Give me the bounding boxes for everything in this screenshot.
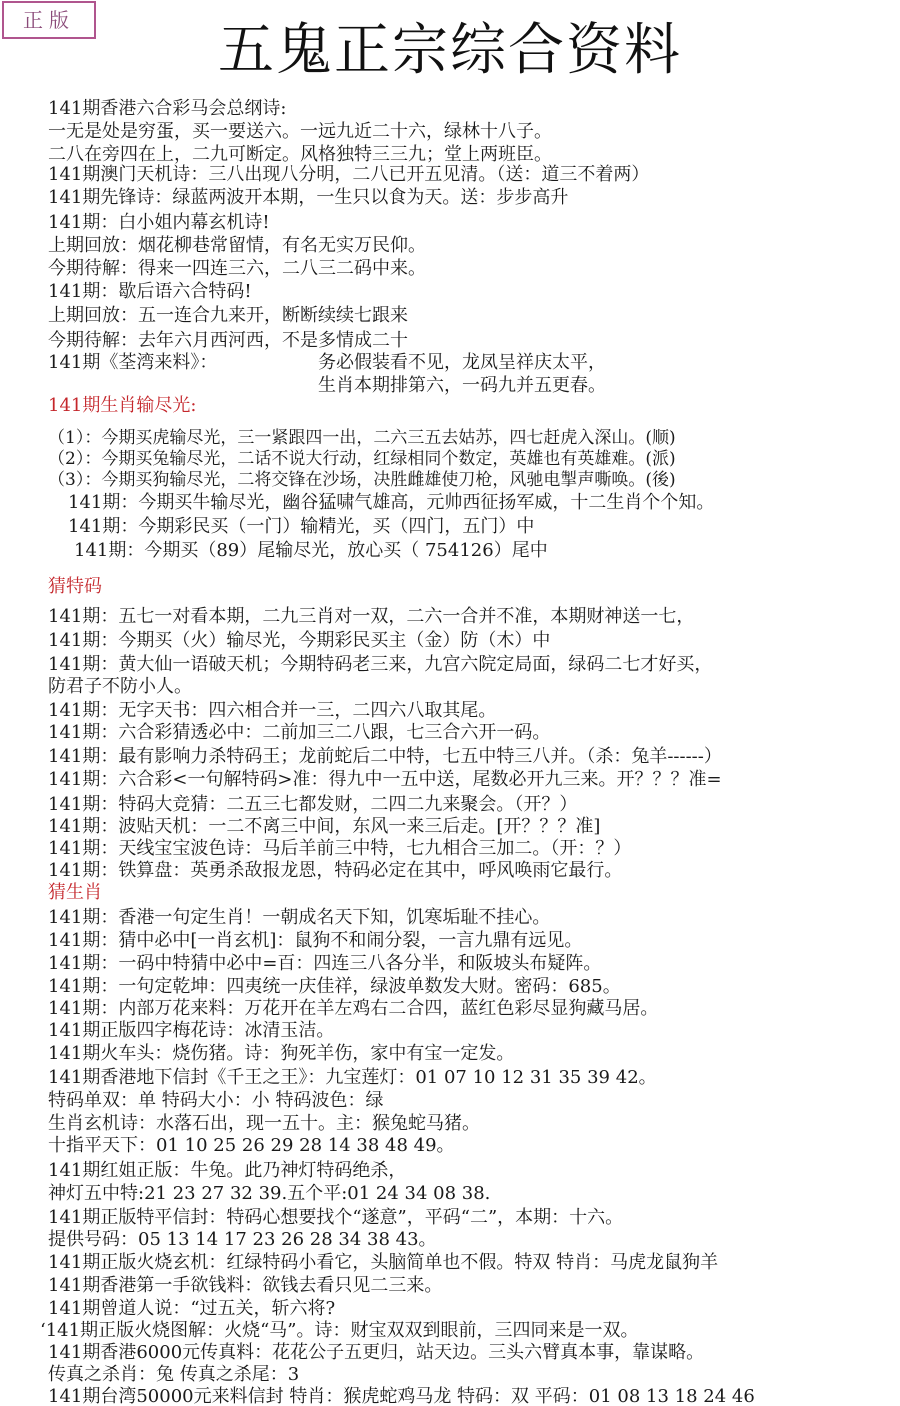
list-item: 141期正版特平信封：特码心想要找个“遂意”，平码“二”，本期：十六。	[48, 1207, 623, 1229]
list-item: 141期：内部万花来料：万花开在羊左鸡右二合四，蓝红色彩尽显狗藏马居。	[48, 998, 658, 1020]
list-item: 141期：波贴天机：一二不离三中间，东风一来三后走。[开？？？准]	[48, 816, 600, 838]
verse-line: 生肖本期排第六，一码九并五更春。	[318, 375, 606, 397]
list-item: 十指平天下：01 10 25 26 29 28 14 38 48 49。	[48, 1135, 455, 1157]
list-item: 141期：猜中必中[一肖玄机]：鼠狗不和闹分裂，一言九鼎有远见。	[48, 930, 582, 952]
text-line: 141期澳门天机诗：三八出现八分明，二八已开五见清。（送：道三不着两）	[48, 164, 649, 186]
list-item: 141期：今期买（89）尾输尽光，放心买（ 754126）尾中	[74, 540, 548, 562]
list-item: 141期香港6000元传真料：花花公子五更归，站天边。三头六臂真本事，靠谋略。	[48, 1342, 704, 1364]
text-line: 今期待解：得来一四连三六，二八三二码中来。	[48, 258, 426, 280]
text-line: 今期待解：去年六月西河西，不是多情成二十	[48, 330, 408, 352]
list-item: 141期：今期买（火）输尽光，今期彩民买主（金）防（木）中	[48, 630, 550, 652]
list-item: 141期：铁算盘：英勇杀敌报龙恩，特码必定在其中，呼风唤雨它最行。	[48, 860, 622, 882]
list-item: 141期台湾50000元来料信封 特肖：猴虎蛇鸡马龙 特码：双 平码：01 08…	[48, 1386, 755, 1406]
verse-line: 务必假装看不见，龙凤呈祥庆太平，	[318, 352, 606, 374]
list-item: 141期火车头：烧伤猪。诗：狗死羊伤，家中有宝一定发。	[48, 1043, 514, 1065]
list-item: 141期：五七一对看本期，二九三肖对一双，二六一合并不准，本期财神送一七，	[48, 606, 694, 628]
list-item: 141期：今期彩民买（一门）输精光，买（四门，五门）中	[68, 516, 534, 538]
text-line: 141期《荃湾来料》：	[48, 352, 217, 374]
list-item: 141期正版火烧玄机：红绿特码小看它，头脑简单也不假。特双 特肖：马虎龙鼠狗羊	[48, 1252, 718, 1274]
list-item: 141期红姐正版：牛兔。此乃神灯特码绝杀，	[48, 1160, 406, 1182]
list-item: 141期：特码大竞猜：二五三七都发财，二四二九来聚会。（开？）	[48, 794, 577, 816]
list-item: 141期：无字天书：四六相合并一三，二四六八取其尾。	[48, 700, 496, 722]
text-line: 二八在旁四在上，二九可断定。风格独特三三九；堂上两班臣。	[48, 144, 552, 166]
text-line: 141期先锋诗：绿蓝两波开本期，一生只以食为天。送：步步高升	[48, 187, 568, 209]
list-item: （2）：今期买兔输尽光，二话不说大行动，红绿相同个数定，英雄也有英雄难。(派)	[48, 448, 676, 470]
list-item: 141期正版四字梅花诗：冰清玉洁。	[48, 1020, 334, 1042]
list-item: 生肖玄机诗：水落石出，现一五十。主：猴兔蛇马猪。	[48, 1113, 480, 1135]
list-item: 141期：一码中特猜中必中=百：四连三八各分半，和阪坡头布疑阵。	[48, 953, 601, 975]
list-item: （1）：今期买虎输尽光，三一紧跟四一出，二六三五去姑苏，四七赶虎入深山。(顺)	[48, 427, 676, 449]
list-item: 141期：香港一句定生肖！一朝成名天下知，饥寒垢耻不挂心。	[48, 907, 550, 929]
list-item: 防君子不防小人。	[48, 676, 192, 698]
list-item: 141期：最有影响力杀特码王；龙前蛇后二中特，七五中特三八并。（杀：兔羊----…	[48, 746, 722, 768]
list-item: 神灯五中特:21 23 27 32 39.五个平:01 24 34 08 38.	[48, 1183, 490, 1205]
list-item: 特码单双：单 特码大小：小 特码波色：绿	[48, 1090, 383, 1112]
list-item: 141期：今期买牛输尽光，幽谷猛啸气雄高，元帅西征扬军威，十二生肖个个知。	[68, 492, 714, 514]
list-item: 141期曾道人说：“过五关，斩六将?	[48, 1298, 335, 1320]
list-item: 141期：天线宝宝波色诗：马后羊前三中特，七九相合三加二。（开：？）	[48, 838, 631, 860]
list-item: 提供号码：05 13 14 17 23 26 28 34 38 43。	[48, 1229, 437, 1251]
text-line: 141期：白小姐内幕玄机诗!	[48, 212, 270, 234]
list-item: ‘141期正版火烧图解：火烧“马”。诗：财宝双双到眼前，三四同来是一双。	[40, 1320, 638, 1342]
section-heading-shengxiao: 141期生肖输尽光:	[48, 395, 196, 417]
list-item: 141期：一句定乾坤：四夷统一庆佳祥，绿波单数发大财。密码：685。	[48, 976, 621, 998]
list-item: 141期香港第一手欲钱料：欲钱去看只见二三来。	[48, 1275, 442, 1297]
page-title: 五鬼正宗综合资料	[0, 16, 900, 86]
section-heading-caishengxiao: 猜生肖	[48, 882, 102, 904]
list-item: 141期香港地下信封《千王之王》：九宝莲灯：01 07 10 12 31 35 …	[48, 1067, 657, 1089]
list-item: 141期：六合彩猜透必中：二前加三二八跟，七三合六开一码。	[48, 722, 550, 744]
text-line: 141期：歇后语六合特码!	[48, 281, 252, 303]
list-item: （3）：今期买狗输尽光，二将交锋在沙场，决胜雌雄使刀枪，风驰电掣声嘶唤。(後)	[48, 469, 676, 491]
text-line: 上期回放：五一连合九来开，断断续续七跟来	[48, 305, 408, 327]
text-line: 上期回放：烟花柳巷常留情，有名无实万民仰。	[48, 235, 426, 257]
list-item: 141期：六合彩<一句解特码>准：得九中一五中送，尾数必开九三来。开？？？准=	[48, 769, 722, 791]
list-item: 141期：黄大仙一语破天机；今期特码老三来，九宫六院定局面，绿码二七才好买，	[48, 654, 712, 676]
section-heading-tema: 猜特码	[48, 576, 102, 598]
list-item: 传真之杀肖：兔 传真之杀尾：3	[48, 1364, 299, 1386]
text-line: 141期香港六合彩马会总纲诗:	[48, 98, 286, 120]
text-line: 一无是处是穷蛋，买一要送六。一远九近二十六，绿林十八子。	[48, 121, 552, 143]
